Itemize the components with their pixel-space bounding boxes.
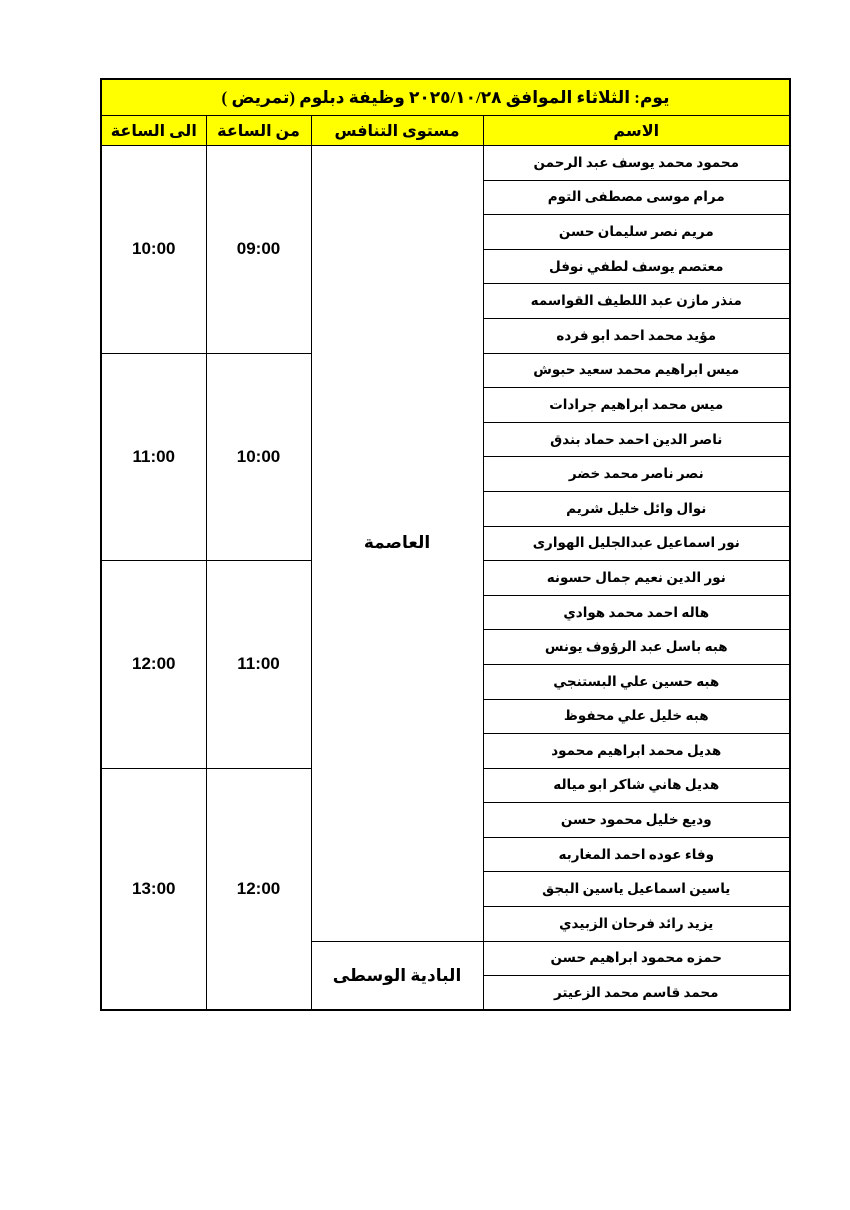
header-level: مستوى التنافس [311,116,483,146]
candidate-name: حمزه محمود ابراهيم حسن [483,941,790,976]
competition-level: العاصمة [311,146,483,942]
time-from: 12:00 [206,768,311,1010]
candidate-name: ياسين اسماعيل ياسين البجق [483,872,790,907]
time-to: 13:00 [101,768,206,1010]
candidate-name: محمد قاسم محمد الزعيتر [483,976,790,1011]
candidate-name: ميس محمد ابراهيم جرادات [483,388,790,423]
time-to: 11:00 [101,353,206,561]
candidate-name: وفاء عوده احمد المغاربه [483,837,790,872]
schedule-body: محمود محمد يوسف عبد الرحمنالعاصمة09:0010… [101,146,790,1011]
schedule-table: يوم: الثلاثاء الموافق ٢٠٢٥/١٠/٢٨ وظيفة د… [100,78,791,1011]
candidate-name: هبه باسل عبد الرؤوف يونس [483,630,790,665]
candidate-name: مريم نصر سليمان حسن [483,215,790,250]
candidate-name: منذر مازن عبد اللطيف القواسمه [483,284,790,319]
document-page: يوم: الثلاثاء الموافق ٢٠٢٥/١٠/٢٨ وظيفة د… [0,0,850,1210]
candidate-name: هديل محمد ابراهيم محمود [483,734,790,769]
header-name: الاسم [483,116,790,146]
time-from: 09:00 [206,146,311,354]
candidate-name: هاله احمد محمد هوادي [483,595,790,630]
header-to: الى الساعة [101,116,206,146]
candidate-name: مرام موسى مصطفى التوم [483,180,790,215]
column-header-row: الاسم مستوى التنافس من الساعة الى الساعة [101,116,790,146]
candidate-name: نور اسماعيل عبدالجليل الهوارى [483,526,790,561]
table-row: محمود محمد يوسف عبد الرحمنالعاصمة09:0010… [101,146,790,181]
competition-level: البادية الوسطى [311,941,483,1010]
table-title: يوم: الثلاثاء الموافق ٢٠٢٥/١٠/٢٨ وظيفة د… [101,79,790,116]
candidate-name: يزيد رائد فرحان الزبيدي [483,907,790,942]
candidate-name: هبه خليل علي محفوظ [483,699,790,734]
candidate-name: محمود محمد يوسف عبد الرحمن [483,146,790,181]
time-to: 12:00 [101,561,206,769]
candidate-name: نور الدين نعيم جمال حسونه [483,561,790,596]
candidate-name: مؤيد محمد احمد ابو فرده [483,318,790,353]
title-row: يوم: الثلاثاء الموافق ٢٠٢٥/١٠/٢٨ وظيفة د… [101,79,790,116]
header-from: من الساعة [206,116,311,146]
time-from: 11:00 [206,561,311,769]
candidate-name: ناصر الدين احمد حماد بندق [483,422,790,457]
candidate-name: هديل هاني شاكر ابو مياله [483,768,790,803]
candidate-name: هبه حسين علي البستنجي [483,664,790,699]
candidate-name: وديع خليل محمود حسن [483,803,790,838]
candidate-name: نصر ناصر محمد خضر [483,457,790,492]
candidate-name: نوال وائل خليل شريم [483,491,790,526]
candidate-name: ميس ابراهيم محمد سعيد حبوش [483,353,790,388]
candidate-name: معتصم يوسف لطفي نوفل [483,249,790,284]
time-from: 10:00 [206,353,311,561]
time-to: 10:00 [101,146,206,354]
